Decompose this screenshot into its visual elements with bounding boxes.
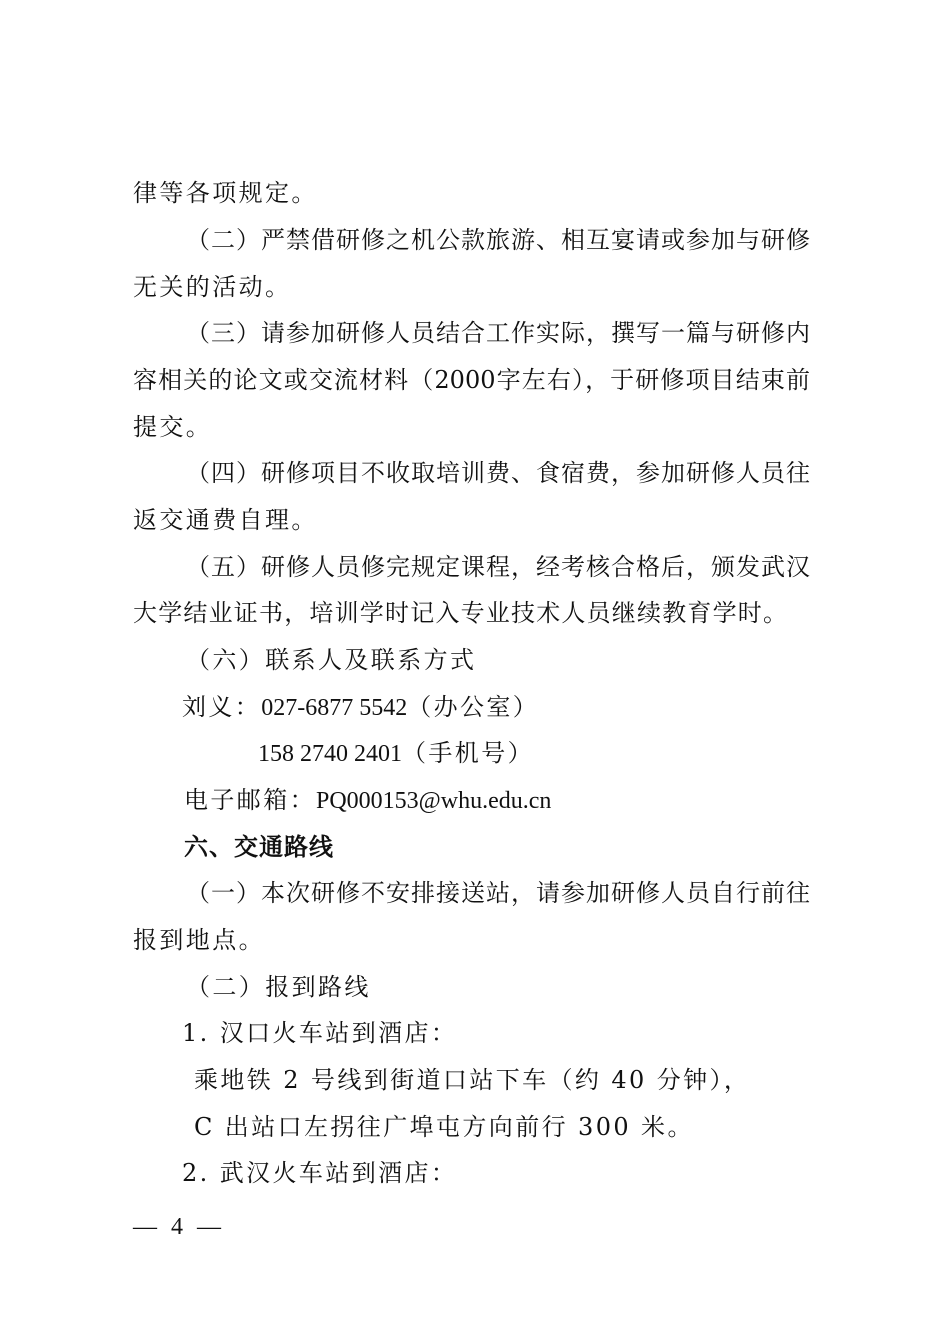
office-note: （办公室） [407, 693, 539, 721]
contact-name-label: 刘义： [182, 693, 261, 721]
paragraph-line: （五）研修人员修完规定课程，经考核合格后，颁发武汉 [186, 552, 810, 582]
paragraph-line: （二）严禁借研修之机公款旅游、相互宴请或参加与研修 [186, 225, 810, 255]
paragraph-line: 容相关的论文或交流材料（2000字左右），于研修项目结束前 [133, 365, 810, 395]
route-title: 2. 武汉火车站到酒店： [182, 1158, 862, 1188]
route-title: 1. 汉口火车站到酒店： [182, 1018, 862, 1048]
paragraph-line: 报到地点。 [133, 925, 813, 955]
paragraph-line: 大学结业证书，培训学时记入专业技术人员继续教育学时。 [133, 598, 787, 628]
email-address: PQ000153@whu.edu.cn [316, 788, 551, 814]
office-phone: 027-6877 5542 [261, 695, 407, 721]
page-number: — 4 — [133, 1212, 225, 1242]
contact-heading: （六）联系人及联系方式 [186, 645, 866, 675]
paragraph-line: 律等各项规定。 [133, 178, 813, 208]
document-page: 律等各项规定。 （二）严禁借研修之机公款旅游、相互宴请或参加与研修 无关的活动。… [0, 0, 944, 1325]
route-step: 乘地铁 2 号线到街道口站下车（约 40 分钟）， [194, 1065, 874, 1095]
paragraph-line: 无关的活动。 [133, 272, 813, 302]
mobile-note: （手机号） [402, 739, 534, 767]
paragraph-line: 提交。 [133, 412, 813, 442]
mobile-phone: 158 2740 2401 [258, 741, 402, 767]
paragraph-line: （一）本次研修不安排接送站，请参加研修人员自行前往 [186, 878, 810, 908]
paragraph-line: （三）请参加研修人员结合工作实际，撰写一篇与研修内 [186, 318, 810, 348]
contact-mobile-row: 158 2740 2401（手机号） [258, 738, 938, 769]
contact-office-row: 刘义：027-6877 5542（办公室） [182, 692, 862, 723]
paragraph-line: 返交通费自理。 [133, 505, 813, 535]
subsection-heading: （二）报到路线 [186, 972, 866, 1002]
contact-email-row: 电子邮箱：PQ000153@whu.edu.cn [184, 785, 864, 816]
section-title: 六、交通路线 [184, 832, 864, 862]
paragraph-line: （四）研修项目不收取培训费、食宿费，参加研修人员往 [186, 458, 810, 488]
route-step: C 出站口左拐往广埠屯方向前行 300 米。 [194, 1112, 874, 1142]
email-label: 电子邮箱： [184, 786, 316, 814]
